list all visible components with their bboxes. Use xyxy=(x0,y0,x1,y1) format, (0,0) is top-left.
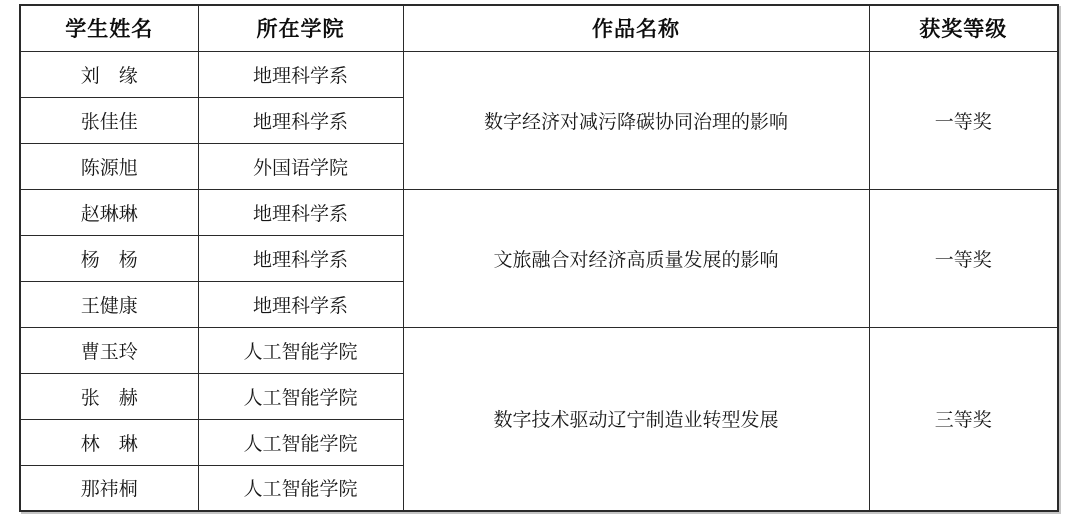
college-cell: 地理科学系 xyxy=(198,51,403,97)
college-cell: 地理科学系 xyxy=(198,281,403,327)
work-title-cell: 文旅融合对经济高质量发展的影响 xyxy=(403,189,869,327)
work-title-cell: 数字技术驱动辽宁制造业转型发展 xyxy=(403,327,869,511)
header-work-title: 作品名称 xyxy=(403,5,869,51)
student-name-cell: 张 赫 xyxy=(20,373,198,419)
student-name-cell: 赵琳琳 xyxy=(20,189,198,235)
student-name-cell: 王健康 xyxy=(20,281,198,327)
college-cell: 地理科学系 xyxy=(198,97,403,143)
table-row: 曹玉玲 人工智能学院 数字技术驱动辽宁制造业转型发展 三等奖 xyxy=(20,327,1058,373)
student-name-cell: 杨 杨 xyxy=(20,235,198,281)
award-level-cell: 一等奖 xyxy=(869,51,1058,189)
college-cell: 外国语学院 xyxy=(198,143,403,189)
college-cell: 地理科学系 xyxy=(198,189,403,235)
student-name-cell: 曹玉玲 xyxy=(20,327,198,373)
student-name-cell: 刘 缘 xyxy=(20,51,198,97)
college-cell: 人工智能学院 xyxy=(198,465,403,511)
header-student-name: 学生姓名 xyxy=(20,5,198,51)
student-name-cell: 陈源旭 xyxy=(20,143,198,189)
college-cell: 地理科学系 xyxy=(198,235,403,281)
header-row: 学生姓名 所在学院 作品名称 获奖等级 xyxy=(20,5,1058,51)
student-name-cell: 张佳佳 xyxy=(20,97,198,143)
award-level-cell: 一等奖 xyxy=(869,189,1058,327)
college-cell: 人工智能学院 xyxy=(198,419,403,465)
college-cell: 人工智能学院 xyxy=(198,373,403,419)
table-row: 赵琳琳 地理科学系 文旅融合对经济高质量发展的影响 一等奖 xyxy=(20,189,1058,235)
work-title-cell: 数字经济对减污降碳协同治理的影响 xyxy=(403,51,869,189)
table-row: 刘 缘 地理科学系 数字经济对减污降碳协同治理的影响 一等奖 xyxy=(20,51,1058,97)
student-name-cell: 那祎桐 xyxy=(20,465,198,511)
document-page: 学生姓名 所在学院 作品名称 获奖等级 刘 缘 地理科学系 数字经济对减污降碳协… xyxy=(0,0,1080,531)
award-level-cell: 三等奖 xyxy=(869,327,1058,511)
header-college: 所在学院 xyxy=(198,5,403,51)
header-award-level: 获奖等级 xyxy=(869,5,1058,51)
college-cell: 人工智能学院 xyxy=(198,327,403,373)
awards-table: 学生姓名 所在学院 作品名称 获奖等级 刘 缘 地理科学系 数字经济对减污降碳协… xyxy=(19,4,1059,512)
student-name-cell: 林 琳 xyxy=(20,419,198,465)
